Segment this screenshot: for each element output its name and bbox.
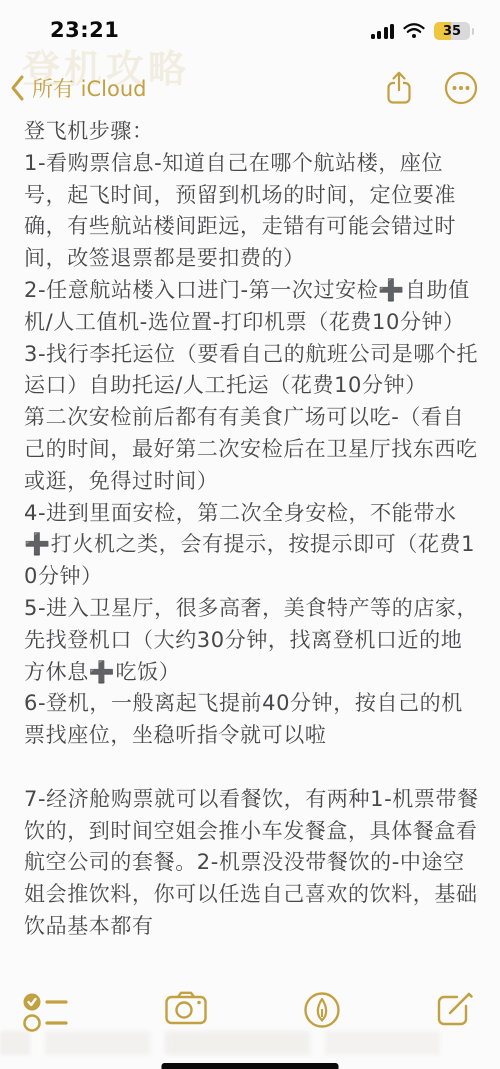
- note-paragraph: 1-看购票信息-知道自己在哪个航站楼，座位号，起飞时间，预留到机场的时间，定位要…: [24, 148, 482, 275]
- nav-bar: 所有 iCloud: [0, 62, 500, 114]
- clock: 23:21: [50, 18, 119, 42]
- note-blank-line: [24, 752, 482, 784]
- note-paragraph: 4-进到里面安检，第二次全身安检，不能带水➕打火机之类，会有提示，按提示即可（花…: [24, 498, 482, 593]
- chevron-left-icon: [10, 74, 25, 102]
- share-button[interactable]: [384, 70, 414, 106]
- nav-actions: [384, 70, 478, 106]
- note-paragraph: 第二次安检前后都有有美食广场可以吃-（看自己的时间，最好第二次安检后在卫星厅找东…: [24, 402, 482, 497]
- note-paragraph: 6-登机，一般离起飞提前40分钟，按自己的机票找座位，坐稳听指令就可以啦: [24, 688, 482, 752]
- home-indicator[interactable]: [162, 1063, 339, 1069]
- watermark-smudge: [0, 1031, 500, 1055]
- note-paragraph: 7-经济舱购票就可以看餐饮，有两种1-机票带餐饮的，到时间空姐会推小车发餐盒，具…: [24, 784, 482, 943]
- back-button-label: 所有 iCloud: [32, 73, 147, 103]
- camera-button[interactable]: [165, 991, 207, 1025]
- bottom-toolbar: [0, 983, 500, 1069]
- battery-icon: 35: [434, 22, 474, 40]
- back-button[interactable]: 所有 iCloud: [10, 73, 147, 103]
- status-indicators: 35: [371, 22, 475, 40]
- note-title-line: 登飞机步骤：: [24, 116, 482, 148]
- status-bar: 23:21 35: [0, 0, 500, 52]
- cellular-signal-icon: [371, 24, 395, 39]
- note-paragraph: 3-找行李托运位（要看自己的航班公司是哪个托运口）自助托运/人工托运（花费10分…: [24, 339, 482, 403]
- markup-pen-button[interactable]: [303, 991, 341, 1029]
- battery-percent: 35: [434, 22, 470, 40]
- more-options-button[interactable]: [444, 71, 478, 105]
- checklist-button[interactable]: [22, 991, 70, 1033]
- compose-note-button[interactable]: [436, 991, 474, 1029]
- note-paragraph: 5-进入卫星厅，很多高奢，美食特产等的店家，先找登机口（大约30分钟，找离登机口…: [24, 593, 482, 688]
- note-content[interactable]: 登飞机步骤： 1-看购票信息-知道自己在哪个航站楼，座位号，起飞时间，预留到机场…: [24, 116, 482, 943]
- note-paragraph: 2-任意航站楼入口进门-第一次过安检➕自助值机/人工值机-选位置-打印机票（花费…: [24, 275, 482, 339]
- notes-app-screen: 23:21 35 登机攻略: [0, 0, 500, 1069]
- wifi-icon: [403, 23, 425, 39]
